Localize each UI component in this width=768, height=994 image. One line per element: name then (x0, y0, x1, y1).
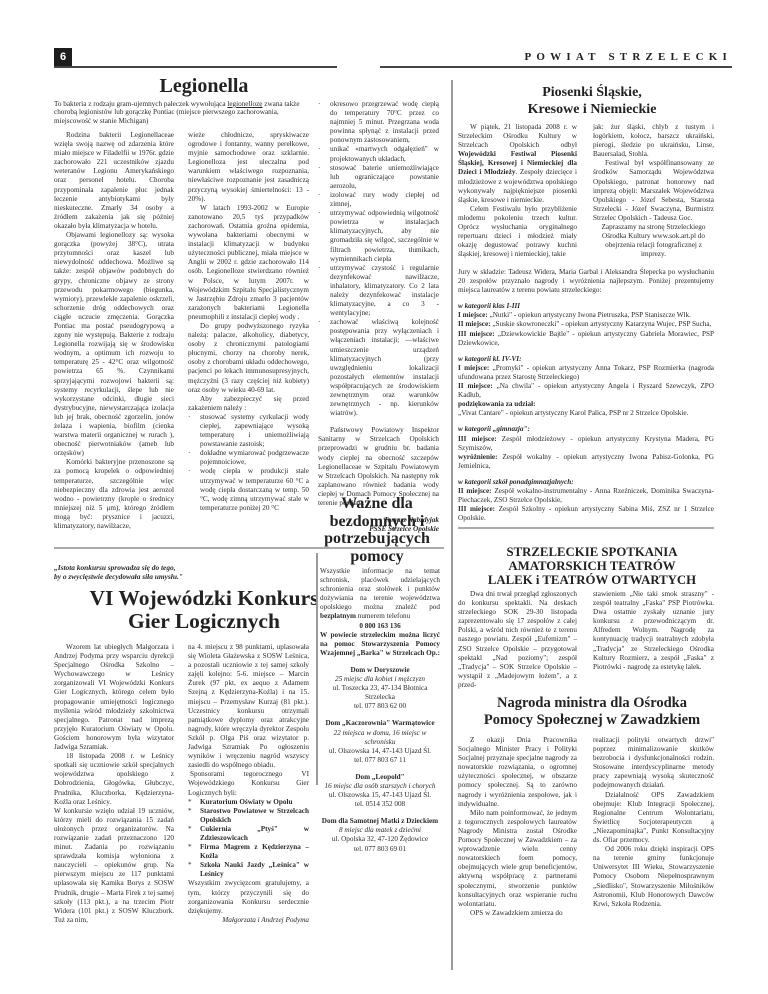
lede-link[interactable]: legionellozę (227, 100, 262, 108)
paragraph: Miło nam poinformować, że jednym z tegor… (458, 809, 577, 909)
entry-text: „Promyki" - opiekun artystyczny Anna Tok… (458, 364, 714, 381)
page-number: 6 (54, 48, 72, 67)
konkurs-column-2: na 4. miejscu z 98 punktami, uplasowała … (188, 643, 309, 925)
paragraph: Wzorem lat ubiegłych Małgorzata i Andrze… (54, 643, 174, 752)
entry-text: Zespół Szkolny - opiekun artystyczny Sab… (458, 505, 714, 522)
title-line: Piosenki Śląskie, (452, 84, 732, 101)
paragraph: realizacji polityki otwartych drzwi" pop… (593, 736, 714, 791)
paragraph: OPS w Zawadzkiem zmierza do (458, 909, 577, 918)
list-item: izolować rury wody ciepłej od zimnej, (318, 191, 439, 209)
result-entry: I miejsce: „Promyki" - opiekun artystycz… (458, 364, 714, 382)
paragraph: Dwa dni trwał przegląd zgłoszonych do ko… (458, 590, 577, 690)
shelter-card: Dom w Doryszowie 25 miejsc dla kobiet i … (320, 666, 440, 711)
category-title: w kategorii szkół ponadgimnazjalnych: (458, 478, 714, 487)
entry-text: „Na chwila" - opiekun artystyczny Angela… (458, 382, 714, 399)
list-item: stosować systemy cyrkulacji wody ciepłej… (188, 413, 309, 449)
paragraph: Rodzina bakterii Legionellaceae wzięła s… (54, 131, 174, 231)
helpline-phone: 0 800 163 136 (320, 622, 440, 631)
paragraph: Wszystkim zwycięzcom gratulujemy, a tym,… (188, 879, 309, 915)
list-item: wodę ciepła w produkcji stale utrzymywać… (188, 467, 309, 512)
list-item: zachować właściwą kolejność postępowania… (318, 318, 439, 418)
result-entry: „Vivat Cantare" - opiekun artystyczny Ka… (458, 409, 714, 418)
place: III miejsce: (458, 330, 495, 338)
title-line: Gier Logicznych (54, 610, 354, 633)
shelter-address: ul. Toszecka 23, 47-134 Błotnica Strzele… (320, 684, 440, 702)
paragraph: W piątek, 21 listopada 2008 r. w Strzele… (458, 123, 577, 205)
sponsor-item: Cukiernia „Ptyś" w Zdzieszowicach (188, 825, 309, 843)
shelter-phone: tel. 077 803 67 11 (320, 756, 440, 765)
result-entry: II miejsce: Zespół wokalno-instrumentaln… (458, 487, 714, 505)
legionella-column-3: okresowo przegrzewać wodę ciepłą do temp… (318, 100, 439, 534)
paragraph: Sponsorami tegorocznego VI Wojewódzkiego… (188, 770, 309, 797)
article-title-piosenki: Piosenki Śląskie, Kresowe i Niemieckie (452, 84, 732, 118)
result-entry: III miejsce: Zespół młodzieżowy - opieku… (458, 435, 714, 453)
header-rule-right (380, 66, 732, 68)
result-entry: II miejsce: „Suskie skowroneczki" - opie… (458, 320, 714, 329)
place: podziękowania za udział: (458, 400, 535, 408)
entry-text: „Vivat Cantare" - opiekun artystyczny Ka… (458, 409, 688, 417)
place: II miejsce: (458, 487, 492, 495)
sponsor-item: Kuratorium Oświaty w Opolu (188, 798, 309, 807)
paragraph: 18 listopada 2008 r. w Leśnicy spotkali … (54, 752, 174, 807)
piosenki-column-1: W piątek, 21 listopada 2008 r. w Strzele… (458, 123, 577, 259)
text: W piątek, 21 listopada 2008 r. w Strzele… (458, 123, 577, 149)
place: I miejsce: (458, 311, 488, 319)
paragraph: Do grupy podwyższonego ryzyka należą: pa… (188, 322, 309, 395)
paragraph: W latach 1993-2002 w Europie zanotowano … (188, 204, 309, 322)
konkurs-column-1: Wzorem lat ubiegłych Małgorzata i Andrze… (54, 643, 174, 925)
paragraph: na 4. miejscu z 98 punktami, uplasowała … (188, 643, 309, 770)
paragraph: W powiecie strzeleckim można liczyć na p… (320, 631, 440, 658)
result-entry: III miejsce: „Dziewkowickie Bajtle" - op… (458, 330, 714, 348)
jury-results: Jury w składzie: Tadeusz Widera, Maria G… (458, 268, 714, 523)
paragraph: Komórki bakteryjne przenoszone są za pom… (54, 458, 174, 531)
category-title: w kategorii klas I-III (458, 302, 714, 311)
shelter-address: ul. Opolska 32, 47-120 Żędowice (320, 835, 440, 844)
list-item: utrzymywać odpowiednią wilgotność powiet… (318, 209, 439, 264)
paragraph: W konkursie wzięło udział 19 uczniów, kt… (54, 807, 174, 925)
shelter-name: Dom „Kaczorownia" Warmątowice (320, 719, 440, 728)
author-name: Małgorzata i Andrzej Podyma (188, 916, 309, 925)
shelter-phone: tel. 0514 352 008 (320, 800, 440, 809)
result-entry: podziękowania za udział: (458, 400, 714, 409)
paragraph: jak: żur śląski, chlyb z tustym i łogórk… (593, 123, 714, 159)
text-bold: bezpłatnym (320, 612, 356, 620)
paragraph: Działalność OPS Zawadzkiem obejmuje: Klu… (593, 791, 714, 846)
sponsor-item: Starostwo Powiatowe w Strzelcach Opolski… (188, 807, 309, 825)
category-title: w kategorii „gimnazja": (458, 425, 714, 434)
paragraph: Objawami legionellozy są: wysoka gorączk… (54, 231, 174, 458)
place: III miejsce: (458, 505, 495, 513)
article-title-spotkania: STRZELECKIE SPOTKANIA AMATORSKICH TEATRÓ… (452, 545, 732, 587)
sponsor-item: Szkoła Nauki Jazdy „Leśnica" w Leśnicy (188, 861, 309, 879)
shelter-phone: tel. 077 803 69 01 (320, 845, 440, 854)
paragraph: Wszystkie informacje na temat schronisk,… (320, 567, 440, 622)
prevention-list: stosować systemy cyrkulacji wody ciepłej… (188, 413, 309, 513)
list-item: stosować baterie uniemożliwiające lub og… (318, 164, 439, 191)
title-line: Pomocy Społecznej w Zawadzkiem (452, 712, 732, 729)
shelter-address: ul. Olszowska 15, 47-143 Ujazd Śl. (320, 791, 440, 800)
result-entry: II miejsce: „Na chwila" - opiekun artyst… (458, 382, 714, 400)
title-line: AMATORSKICH TEATRÓW (452, 559, 732, 573)
shelter-phone: tel. 077 803 62 00 (320, 702, 440, 711)
spotkania-column-1: Dwa dni trwał przegląd zgłoszonych do ko… (458, 590, 577, 690)
place: II miejsce: (458, 320, 491, 328)
paragraph: Z okazji Dnia Pracownika Socjalnego Mini… (458, 736, 577, 809)
list-item: dokładne wymiarować podgrzewacze pojemno… (188, 449, 309, 467)
quote-line: „Istota konkursu sprowadza się do tego, (54, 563, 304, 572)
list-item: utrzymywać czystość i regularnie dezynfe… (318, 264, 439, 319)
shelter-desc: 25 miejsc dla kobiet i mężczyzn (320, 675, 440, 684)
legionella-column-1: Rodzina bakterii Legionellaceae wzięła s… (54, 131, 174, 531)
category-title: w kategorii kl. IV-VI: (458, 355, 714, 364)
entry-text: Zespół wokalno-instrumentalny - Anna Rze… (458, 487, 714, 504)
paragraph: stawieniem „Nie taki smok straszny" - ze… (593, 590, 714, 672)
paragraph: Festiwal był współfinansowany ze środków… (593, 159, 714, 223)
title-line: VI Wojewódzki Konkurs (54, 587, 354, 610)
entry-text: „Nutki" - opiekun artystyczny Iwona Piet… (488, 311, 691, 319)
article-quote: „Istota konkursu sprowadza się do tego, … (54, 563, 304, 581)
divider (458, 527, 714, 529)
paragraph: Od 2006 roku dzięki inspiracji OPS na te… (593, 845, 714, 909)
shelter-address: ul. Olszowska 14, 47-143 Ujazd Śl. (320, 747, 440, 756)
article-title-konkurs: VI Wojewódzki Konkurs Gier Logicznych (54, 587, 354, 633)
paragraph: wieże chłodnicze, spryskiwacze ogrodowe … (188, 131, 309, 204)
section-title: POWIAT STRZELECKI (406, 51, 732, 63)
header-rule-left (54, 66, 332, 68)
text: Wszystkie informacje na temat schronisk,… (320, 567, 440, 611)
sponsor-item: Firma Magrem z Kędzierzyna – Koźla (188, 843, 309, 861)
header-rule-left-tail (332, 66, 337, 68)
paragraph: Jury w składzie: Tadeusz Widera, Maria G… (458, 268, 714, 295)
shelter-card: Dom „Leopold" 16 miejsc dla osób starszy… (320, 773, 440, 809)
article-title-legionella: Legionella (54, 74, 354, 98)
shelter-desc: 22 miejsca w domu, 16 miejsc w schronisk… (320, 729, 440, 747)
place: II miejsce: (458, 382, 493, 390)
list-item: okresowo przegrzewać wodę ciepłą do temp… (318, 100, 439, 145)
spotkania-column-2: stawieniem „Nie taki smok straszny" - ze… (593, 590, 714, 672)
entry-text: Zespół młodzieżowy - opiekun artystyczny… (458, 435, 714, 452)
quote-line: by o zwycięstwie decydowała siła umysłu.… (54, 572, 304, 581)
wazne-body: Wszystkie informacje na temat schronisk,… (320, 567, 440, 854)
piosenki-column-2: jak: żur śląski, chlyb z tustym i łogórk… (593, 123, 714, 259)
article-title-nagroda: Nagroda ministra dla Ośrodka Pomocy Społ… (452, 695, 732, 729)
shelter-card: Dom dla Samotnej Matki z Dzieckiem 8 mie… (320, 817, 440, 853)
title-line: LALEK i TEATRÓW OTWARTYCH (452, 573, 732, 587)
place: wyróżnienie: (458, 453, 498, 461)
paragraph: Aby zabezpieczyć się przed zakażeniem na… (188, 395, 309, 413)
result-entry: wyróżnienie: Zespół wokalny - opiekun ar… (458, 453, 714, 471)
shelter-desc: 16 miejsc dla osób starszych i chorych (320, 782, 440, 791)
nagroda-column-2: realizacji polityki otwartych drzwi" pop… (593, 736, 714, 909)
result-entry: III miejsce: Zespół Szkolny - opiekun ar… (458, 505, 714, 523)
place: I miejsce: (458, 364, 489, 372)
article-lede: To bakteria z rodzaju gram-ujemnych pałe… (54, 100, 309, 125)
entry-text: „Dziewkowickie Bajtle" - opiekun artysty… (458, 330, 714, 347)
paragraph: Celem Festiwalu było przybliżenie młodem… (458, 205, 577, 260)
lede-text-pre: To bakteria z rodzaju gram-ujemnych pałe… (54, 100, 227, 108)
shelter-name: Dom w Doryszowie (320, 666, 440, 675)
text: numerem telefonu (356, 612, 410, 620)
legionella-column-2: wieże chłodnicze, spryskiwacze ogrodowe … (188, 131, 309, 513)
title-line: Nagroda ministra dla Ośrodka (452, 695, 732, 712)
sponsor-list: Kuratorium Oświaty w Opolu Starostwo Pow… (188, 798, 309, 880)
column-divider (316, 553, 318, 785)
column-divider (451, 80, 453, 970)
prevention-list-cont: okresowo przegrzewać wodę ciepłą do temp… (318, 100, 439, 418)
place: III miejsce: (458, 435, 497, 443)
shelter-name: Dom „Leopold" (320, 773, 440, 782)
shelter-name: Dom dla Samotnej Matki z Dzieckiem (320, 817, 440, 826)
article-title-wazne: Ważne dla bezdomnych i potrzebujących po… (316, 495, 438, 565)
result-entry: I miejsce: „Nutki" - opiekun artystyczny… (458, 311, 714, 320)
title-line: STRZELECKIE SPOTKANIA (452, 545, 732, 559)
shelter-card: Dom „Kaczorownia" Warmątowice 22 miejsca… (320, 719, 440, 764)
entry-text: „Suskie skowroneczki" - opiekun artystyc… (491, 320, 712, 328)
title-line: Kresowe i Niemieckie (452, 101, 732, 118)
list-item: unikać «martwych odgałęzień" w projektow… (318, 145, 439, 163)
website-note: Zapraszamy na stronę Strzeleckiego Ośrod… (593, 223, 714, 259)
nagroda-column-1: Z okazji Dnia Pracownika Socjalnego Mini… (458, 736, 577, 918)
